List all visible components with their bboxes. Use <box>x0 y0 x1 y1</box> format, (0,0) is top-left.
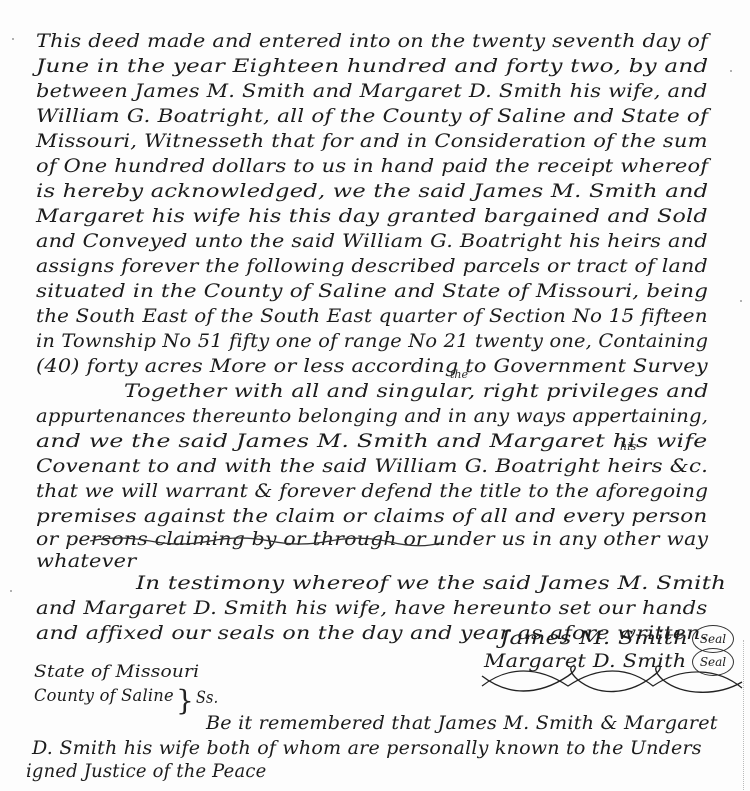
venue-brace: } <box>176 684 194 717</box>
deed-line-14: (40) forty acres More or less according … <box>36 355 708 377</box>
deed-line-10: assigns forever the following described … <box>36 255 708 277</box>
scan-speck <box>10 590 12 592</box>
deed-line-1: This deed made and entered into on the t… <box>36 30 708 52</box>
signature-james: James M. Smith <box>500 627 688 649</box>
deed-line-18: Covenant to and with the said William G.… <box>36 455 708 477</box>
deed-line-7: is hereby acknowledged, we the said Jame… <box>36 180 708 202</box>
insertion-his: his <box>620 440 636 453</box>
deed-page: This deed made and entered into on the t… <box>0 0 750 791</box>
acknowledgment-line-1: Be it remembered that James M. Smith & M… <box>206 712 718 734</box>
venue-county: County of Saline <box>34 686 174 706</box>
deed-line-2: June in the year Eighteen hundred and fo… <box>36 55 708 77</box>
deed-line-4: William G. Boatright, all of the County … <box>36 105 708 127</box>
signature-flourish <box>478 662 744 702</box>
deed-line-5: Missouri, Witnesseth that for and in Con… <box>36 130 708 152</box>
deed-line-12: the South East of the South East quarter… <box>36 305 708 327</box>
deed-line-11: situated in the County of Saline and Sta… <box>36 280 708 302</box>
deed-line-9: and Conveyed unto the said William G. Bo… <box>36 230 708 252</box>
deed-line-17: and we the said James M. Smith and Marga… <box>36 430 708 452</box>
venue-mark: Ss. <box>196 688 218 708</box>
deed-line-20: premises against the claim or claims of … <box>36 505 707 527</box>
deed-line-8: Margaret his wife his this day granted b… <box>36 205 708 227</box>
deed-line-6: of One hundred dollars to us in hand pai… <box>36 155 708 177</box>
scan-speck <box>12 38 14 40</box>
deed-line-22: whatever <box>36 550 136 572</box>
testimonium-line-2: and Margaret D. Smith his wife, have her… <box>36 597 707 619</box>
deed-line-16: appurtenances thereunto belonging and in… <box>36 405 708 427</box>
closing-flourish-line <box>90 533 440 547</box>
deed-line-13: in Township No 51 fifty one of range No … <box>36 330 708 352</box>
scan-edge <box>743 640 746 790</box>
venue-state: State of Missouri <box>34 662 199 682</box>
acknowledgment-line-3: igned Justice of the Peace <box>26 760 266 782</box>
scan-speck <box>730 70 732 72</box>
deed-line-3: between James M. Smith and Margaret D. S… <box>36 80 707 102</box>
acknowledgment-line-2: D. Smith his wife both of whom are perso… <box>32 737 702 759</box>
testimonium-line-1: In testimony whereof we the said James M… <box>136 572 726 594</box>
scan-speck <box>740 300 742 302</box>
deed-line-15: Together with all and singular, right pr… <box>124 380 709 402</box>
deed-line-19: that we will warrant & forever defend th… <box>36 480 708 502</box>
